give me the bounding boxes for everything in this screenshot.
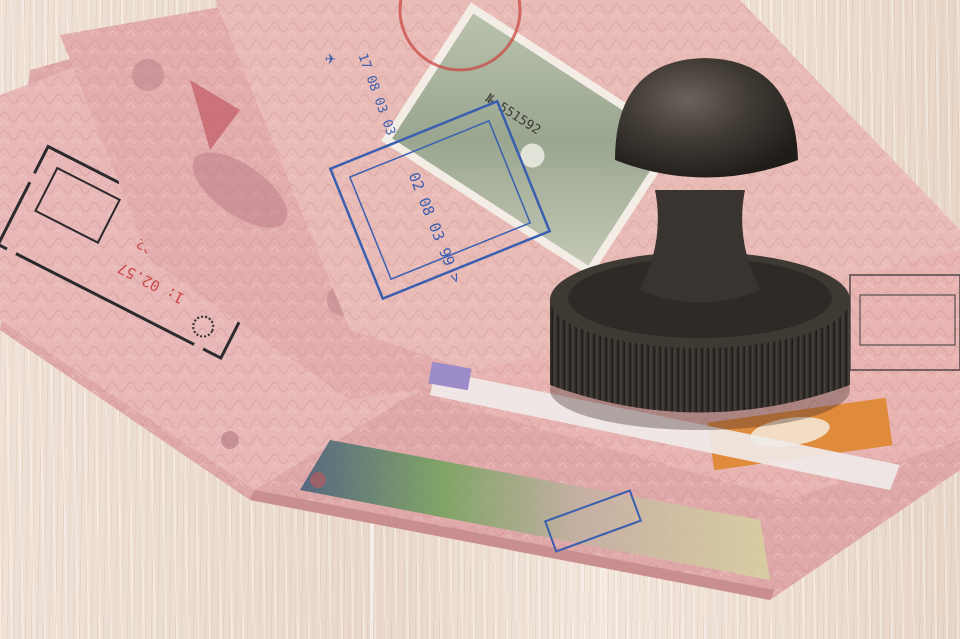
photo-scene: 22 1: 02.57 № 551592 bbox=[0, 0, 960, 639]
passports-illustration: 22 1: 02.57 № 551592 bbox=[0, 0, 960, 639]
svg-text:✈: ✈ bbox=[325, 48, 336, 69]
